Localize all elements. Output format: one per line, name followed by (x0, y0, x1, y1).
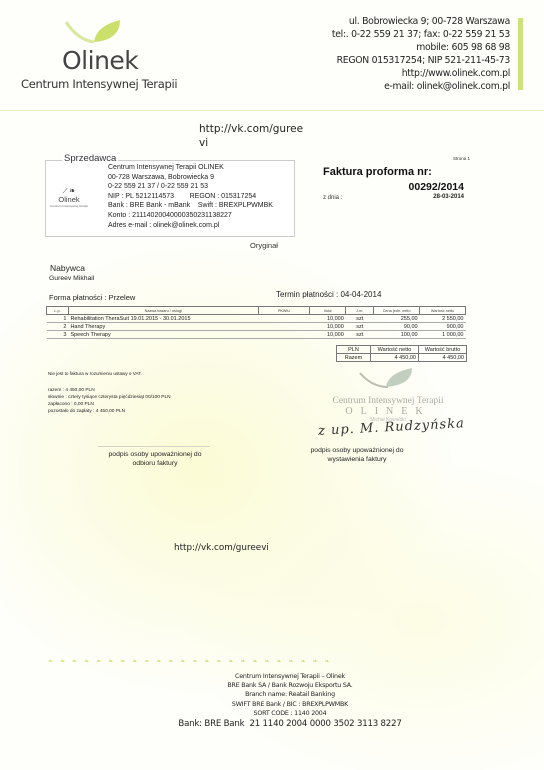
contact-block: ul. Bobrowiecka 9; 00-728 Warszawa tel:.… (332, 15, 510, 93)
total-sum: razem : 4 450,00 PLN (48, 387, 171, 394)
seller-logo-name: Olinek (47, 196, 91, 204)
footer-bank-info: Centrum Intensywnej Terapii – Olinek BRE… (140, 672, 440, 730)
copy-label: Oryginał (250, 241, 278, 250)
receiver-signature-line (98, 446, 210, 447)
summary-label: Razem (337, 354, 371, 362)
total-remaining: pozostało do zapłaty : 4 450,00 PLN (48, 408, 171, 415)
watermark-line-2: vi (199, 136, 303, 150)
watermark-line-1: http://vk.com/guree (199, 122, 303, 136)
cell-unit: szt (346, 331, 374, 339)
cell-name: Speech Therapy (68, 331, 258, 339)
cell-qty: 10,000 (310, 331, 346, 339)
seller-details: Centrum Intensywnej Terapii OLINEK 00-72… (108, 163, 273, 230)
cell-price: 90,00 (374, 323, 420, 331)
contact-mobile: mobile: 605 98 68 98 (332, 41, 510, 54)
issuer-signature-caption: podpis osoby upoważnionej do wystawienia… (302, 446, 412, 464)
contact-address: ul. Bobrowiecka 9; 00-728 Warszawa (332, 15, 510, 28)
buyer-label: Nabywca (50, 263, 85, 273)
company-stamp: Centrum Intensywnej Terapii OLINEK Micha… (313, 367, 463, 423)
summary-header-row: PLN Wartość netto Wartość brutto (337, 346, 467, 354)
summary-row: Razem 4 450,00 4 450,00 (337, 354, 467, 362)
summary-net: 4 450,00 (371, 354, 419, 362)
watermark-link-bottom: http://vk.com/gureevi (174, 543, 269, 553)
cell-lp: 3 (47, 331, 69, 339)
leaf-logo-icon (64, 18, 124, 46)
contact-email: e-mail: olinek@olinek.com.pl (332, 80, 510, 93)
footer-line: BRE Bank SA / Bank Rozwoju Eksportu SA. (140, 681, 440, 690)
cell-pkwiu (258, 331, 310, 339)
footer-bank-account: Bank: BRE Bank 21 1140 2004 0000 3502 31… (140, 718, 440, 730)
stamp-leaf-icon (358, 367, 418, 389)
page-number: Strona 1 (453, 156, 470, 161)
issuer-caption-line: wystawienia faktury (302, 455, 412, 464)
seller-line: Bank : BRE Bank - mBank Swift : BREXPLPW… (108, 201, 273, 211)
brand-subtitle: Centrum Intensywnej Terapii (21, 77, 177, 91)
items-table: L.p. Nazwa towaru / usługi PKWiU Ilość J… (46, 306, 466, 339)
cell-pkwiu (258, 323, 310, 331)
cell-price: 100,00 (374, 331, 420, 339)
cell-price: 255,00 (374, 315, 420, 323)
col-unit: J.m. (346, 307, 374, 315)
invoice-number: 00292/2014 (409, 181, 464, 193)
contact-phone: tel:. 0-22 559 21 37; fax: 0-22 559 21 5… (332, 28, 510, 41)
col-lp: L.p. (47, 307, 69, 315)
accent-bar (518, 18, 523, 90)
total-paid: zapłacono : 0,00 PLN (48, 401, 171, 408)
col-price: Cena jedn. netto (374, 307, 420, 315)
buyer-name: Gureev Mikhail (49, 275, 94, 282)
cell-net: 1 000,00 (420, 331, 466, 339)
seller-line: Adres e-mail : olinek@olinek.com.pl (108, 221, 273, 231)
footer-line: Branch name: Reatail Banking (140, 690, 440, 699)
summary-gross: 4 450,00 (419, 354, 467, 362)
items-header-row: L.p. Nazwa towaru / usługi PKWiU Ilość J… (47, 307, 466, 315)
table-row: 2Hand Therapy10,000szt90,00900,00 (47, 323, 466, 331)
summary-col-net: Wartość netto (371, 346, 419, 354)
table-row: 1Rehabilitation TheraSuit 19.01.2015 - 3… (47, 315, 466, 323)
summary-col-gross: Wartość brutto (419, 346, 467, 354)
col-pkwiu: PKWiU (258, 307, 310, 315)
cell-net: 2 550,00 (420, 315, 466, 323)
seller-logo: ⟋ ❧ Olinek Centrum Intensywnej Terapii (47, 188, 91, 208)
seller-line: Centrum Intensywnej Terapii OLINEK (108, 163, 273, 173)
payment-due: Termin płatności : 04-04-2014 (276, 290, 381, 299)
receiver-signature-caption: podpis osoby upoważnionej do odbioru fak… (100, 450, 210, 468)
stamp-line-1: Centrum Intensywnej Terapii (313, 396, 463, 406)
payment-method: Forma płatności : Przelew (49, 293, 135, 302)
cell-net: 900,00 (420, 323, 466, 331)
vat-note: Nie jest to faktura w rozumieniu ustawy … (48, 371, 142, 376)
col-net: Wartość netto (420, 307, 466, 315)
cell-pkwiu (258, 315, 310, 323)
receiver-caption-line: odbioru faktury (100, 459, 210, 468)
contact-regon-nip: REGON 015317254; NIP 521-211-45-73 (332, 54, 510, 67)
cell-unit: szt (346, 323, 374, 331)
receiver-caption-line: podpis osoby upoważnionej do (100, 450, 210, 459)
totals-block: razem : 4 450,00 PLN słownie : cztery ty… (48, 387, 171, 415)
cell-name: Hand Therapy (68, 323, 258, 331)
stamp-line-2: OLINEK (313, 406, 463, 417)
seller-line: NIP : PL 5212114573 REGON : 015317254 (108, 192, 273, 202)
cell-unit: szt (346, 315, 374, 323)
cell-lp: 2 (47, 323, 69, 331)
invoice-title: Faktura proforma nr: (323, 166, 432, 178)
col-qty: Ilość (310, 307, 346, 315)
issuer-caption-line: podpis osoby upoważnionej do (302, 446, 412, 455)
cell-qty: 10,000 (310, 323, 346, 331)
watermark-link-top: http://vk.com/guree vi (199, 122, 303, 150)
col-name: Nazwa towaru / usługi (68, 307, 258, 315)
contact-website: http://www.olinek.com.pl (332, 67, 510, 80)
summary-table: PLN Wartość netto Wartość brutto Razem 4… (336, 345, 467, 362)
table-row: 3Speech Therapy10,000szt100,001 000,00 (47, 331, 466, 339)
cell-qty: 10,000 (310, 315, 346, 323)
seller-line: 0-22 559 21 37 / 0-22 559 21 53 (108, 182, 273, 192)
brand-name: Olinek (62, 46, 138, 75)
cell-lp: 1 (47, 315, 69, 323)
header-divider (0, 110, 544, 111)
seller-line: Konto : 21114020040000350231138227 (108, 211, 273, 221)
total-in-words: słownie : cztery tysiące czterysta pięćd… (48, 394, 171, 401)
footer-line: Centrum Intensywnej Terapii – Olinek (140, 672, 440, 681)
seller-logo-sub: Centrum Intensywnej Terapii (47, 204, 91, 208)
invoice-date: 28-03-2014 (433, 194, 464, 200)
footer-line: SWIFT BRE Bank / BIC : BREXPLPWMBK (140, 700, 440, 709)
invoice-date-label: z dnia : (323, 195, 342, 201)
seller-line: 00-728 Warszawa, Bobrowiecka 9 (108, 173, 273, 183)
summary-col-currency: PLN (337, 346, 371, 354)
leaf-pattern-divider: ❧❧❧❧❧❧❧❧❧❧❧❧❧❧❧❧❧❧❧❧❧❧❧❧ (48, 658, 468, 664)
footer-line: SORT CODE : 1140 2004 (140, 709, 440, 718)
cell-name: Rehabilitation TheraSuit 19.01.2015 - 30… (68, 315, 258, 323)
